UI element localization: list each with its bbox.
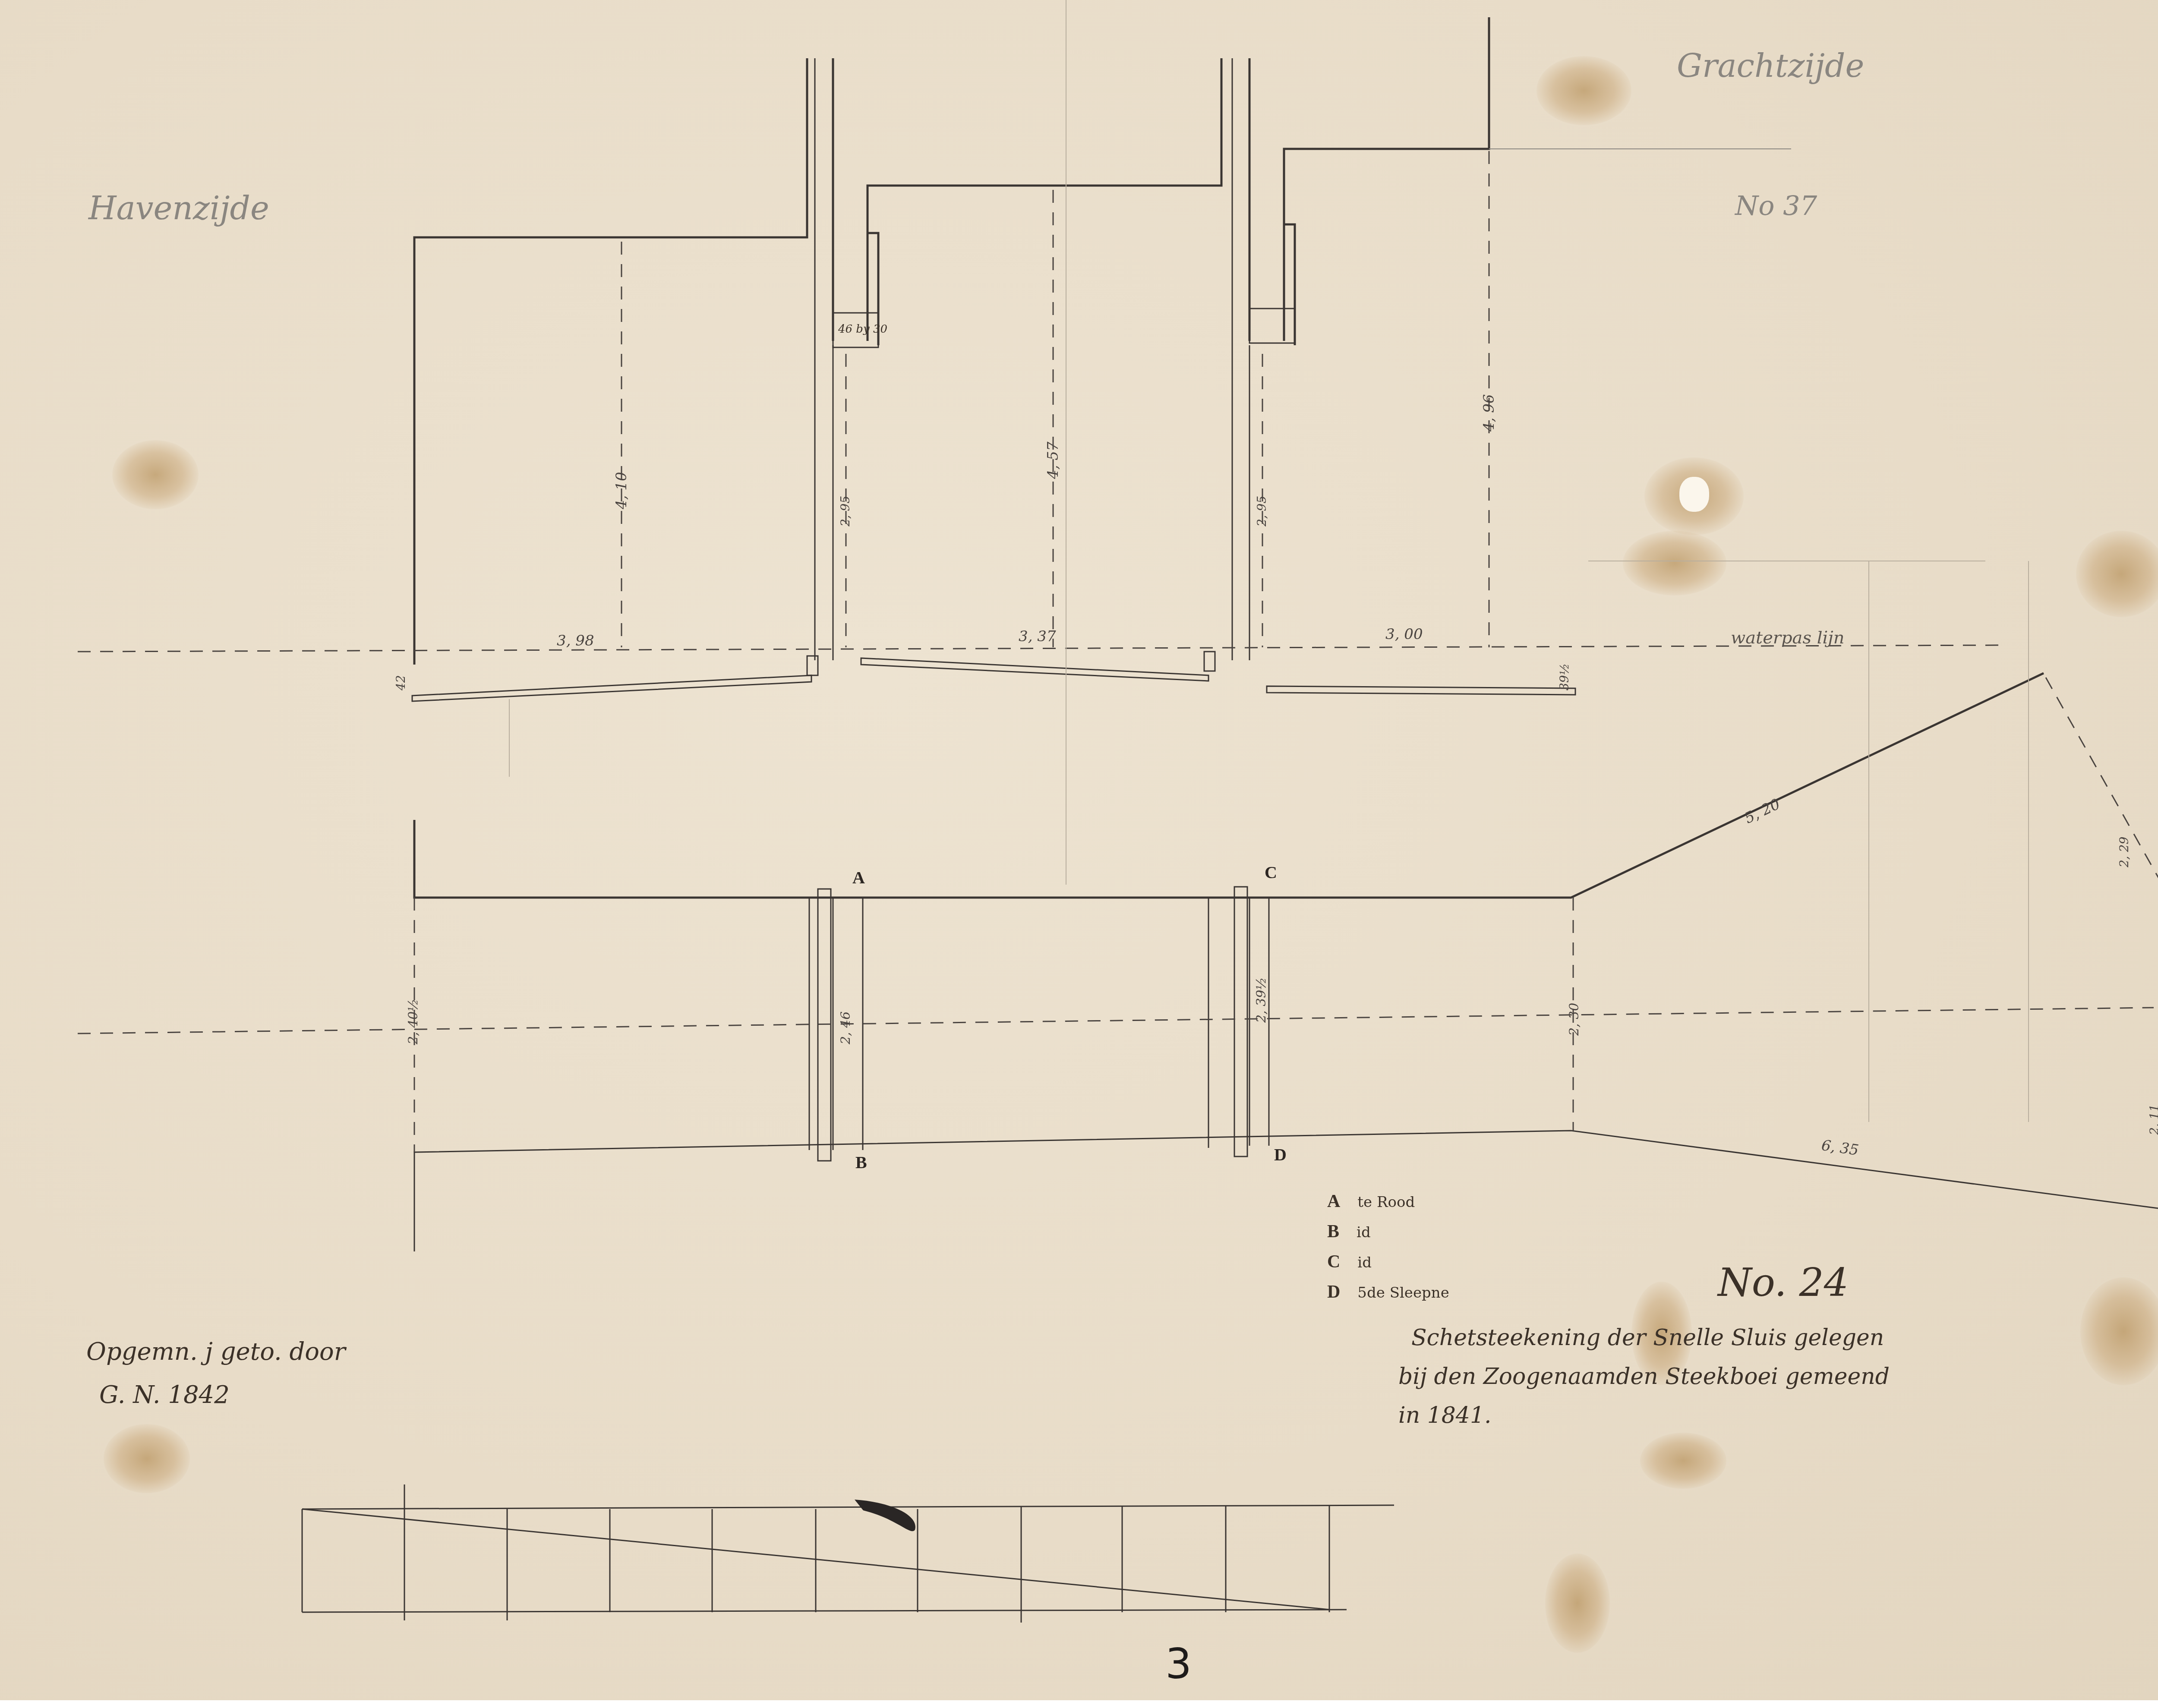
- section-marker-c: C: [1265, 862, 1277, 882]
- title-line-2: bij den Zoogenaamden Steekboei gemeend: [1398, 1364, 1890, 1390]
- signature-line-1: Opgemn. j geto. door: [86, 1338, 346, 1366]
- grachtzijde-label: Grachtzijde: [1677, 47, 1864, 85]
- water-line-label: waterpas lijn: [1731, 628, 1844, 648]
- sheet-number-pencil: No 37: [1735, 190, 1817, 221]
- width-2-30: 2, 30: [1567, 1003, 1582, 1036]
- section-marker-b: B: [855, 1152, 867, 1172]
- legend-row-d: D5de Sleepne: [1327, 1282, 1449, 1302]
- chamber-length-2: 4, 57: [1044, 441, 1062, 479]
- section-marker-d: D: [1274, 1144, 1287, 1165]
- section-marker-a: A: [852, 867, 865, 888]
- offset-39half: 39½: [1557, 663, 1571, 690]
- sluice-plan-drawing: [0, 0, 2158, 1708]
- drawing-number: No. 24: [1718, 1260, 1849, 1305]
- title-line-3: in 1841.: [1398, 1402, 1492, 1428]
- width-2-46: 2, 46: [838, 1012, 853, 1044]
- pier-length-1: 2, 95: [838, 496, 852, 526]
- waterline-width-1: 3, 98: [557, 632, 594, 649]
- page-number-stamp: 3: [1165, 1640, 1192, 1688]
- pier-length-2: 2, 95: [1255, 496, 1269, 526]
- title-line-1: Schetsteekening der Snelle Sluis gelegen: [1411, 1325, 1884, 1351]
- legend-row-c: Cid: [1327, 1251, 1372, 1272]
- offset-42: 42: [394, 675, 408, 690]
- chamber-length-1: 4, 10: [613, 472, 630, 509]
- ink-blot: [855, 1500, 915, 1531]
- havenzijde-label: Havenzijde: [88, 190, 269, 227]
- chamber-length-3: 4, 96: [1480, 394, 1498, 432]
- waterline-width-2: 3, 37: [1019, 628, 1056, 645]
- edge-2-29: 2, 29: [2117, 837, 2131, 867]
- legend-row-a: Ate Rood: [1327, 1191, 1415, 1212]
- drawing-sheet: Havenzijde Grachtzijde No 37 waterpas li…: [0, 0, 2158, 1700]
- width-2-39half: 2, 39½: [1254, 977, 1269, 1023]
- width-2-40half: 2, 40½: [406, 999, 421, 1044]
- signature-line-2: G. N. 1842: [99, 1381, 230, 1409]
- pier-dimension-note: 46 by 30: [838, 323, 887, 336]
- edge-2-11: 2, 11: [2147, 1104, 2158, 1135]
- waterline-width-3: 3, 00: [1385, 626, 1423, 643]
- legend-row-b: Bid: [1327, 1221, 1371, 1242]
